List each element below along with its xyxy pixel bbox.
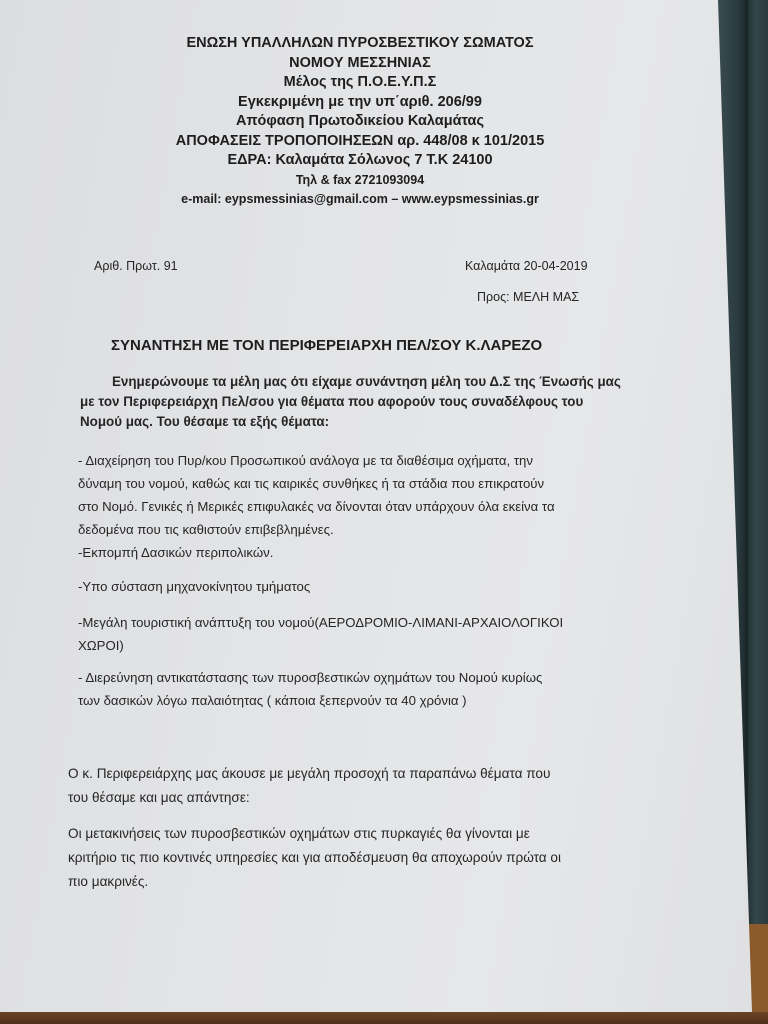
topic-line: δύναμη του νομού, καθώς και τις καιρικές… — [78, 472, 638, 495]
protocol-number: Αριθ. Πρωτ. 91 — [94, 259, 178, 273]
intro-line: με τον Περιφερειάρχη Πελ/σου για θέματα … — [80, 392, 640, 412]
letterhead-membership: Μέλος της Π.Ο.Ε.Υ.Π.Σ — [0, 73, 720, 93]
topic-line: στο Νομό. Γενικές ή Μερικές επιφυλακές ν… — [78, 495, 638, 518]
topic-item: - Διερεύνηση αντικατάστασης των πυροσβεσ… — [78, 666, 638, 712]
letterhead-contact: e-mail: eypsmessinias@gmail.com – www.ey… — [0, 190, 720, 210]
letterhead: ΕΝΩΣΗ ΥΠΑΛΛΗΛΩΝ ΠΥΡΟΣΒΕΣΤΙΚΟΥ ΣΩΜΑΤΟΣ ΝΟ… — [0, 34, 720, 210]
topic-line: - Διαχείρηση του Πυρ/κου Προσωπικού ανάλ… — [78, 449, 638, 472]
topic-line: των δασικών λόγω παλαιότητας ( κάποια ξε… — [78, 689, 638, 712]
response-line: πιο μακρινές. — [68, 870, 648, 894]
topic-line: -Υπο σύσταση μηχανοκίνητου τμήματος — [78, 575, 638, 598]
letterhead-court: Απόφαση Πρωτοδικείου Καλαμάτας — [0, 112, 720, 132]
response-line: του θέσαμε και μας απάντησε: — [68, 786, 648, 810]
intro-paragraph: Ενημερώνουμε τα μέλη μας ότι είχαμε συνά… — [80, 372, 640, 432]
topic-item: - Διαχείρηση του Πυρ/κου Προσωπικού ανάλ… — [78, 449, 638, 541]
subject-title: ΣΥΝΑΝΤΗΣΗ ΜΕ ΤΟΝ ΠΕΡΙΦΕΡΕΙΑΡΧΗ ΠΕΛ/ΣΟΥ Κ… — [111, 337, 542, 354]
response-paragraph: Ο κ. Περιφερειάρχης μας άκουσε με μεγάλη… — [68, 762, 648, 810]
response-line: Ο κ. Περιφερειάρχης μας άκουσε με μεγάλη… — [68, 762, 648, 786]
letterhead-amendments: ΑΠΟΦΑΣΕΙΣ ΤΡΟΠΟΠΟΙΗΣΕΩΝ αρ. 448/08 κ 101… — [0, 132, 720, 152]
letterhead-address: ΕΔΡΑ: Καλαμάτα Σόλωνος 7 Τ.Κ 24100 — [0, 151, 720, 171]
topic-item: -Εκπομπή Δασικών περιπολικών. — [78, 541, 638, 564]
topic-line: - Διερεύνηση αντικατάστασης των πυροσβεσ… — [78, 666, 638, 689]
response-line: κριτήριο τις πιο κοντινές υπηρεσίες και … — [68, 846, 648, 870]
topic-line: -Μεγάλη τουριστική ανάπτυξη του νομού(ΑΕ… — [78, 611, 638, 634]
letterhead-phone: Τηλ & fax 2721093094 — [0, 171, 720, 191]
letterhead-prefecture: ΝΟΜΟΥ ΜΕΣΣΗΝΙΑΣ — [0, 54, 720, 74]
intro-line: Ενημερώνουμε τα μέλη μας ότι είχαμε συνά… — [80, 372, 640, 392]
topic-line: -Εκπομπή Δασικών περιπολικών. — [78, 541, 638, 564]
topic-line: δεδομένα που τις καθιστούν επιβεβλημένες… — [78, 518, 638, 541]
place-date: Καλαμάτα 20-04-2019 — [465, 259, 588, 273]
letterhead-org-name: ΕΝΩΣΗ ΥΠΑΛΛΗΛΩΝ ΠΥΡΟΣΒΕΣΤΙΚΟΥ ΣΩΜΑΤΟΣ — [0, 34, 720, 54]
intro-line: Νομού μας. Του θέσαμε τα εξής θέματα: — [80, 412, 640, 432]
response-paragraph: Οι μετακινήσεις των πυροσβεστικών οχημάτ… — [68, 822, 648, 894]
document-page: ΕΝΩΣΗ ΥΠΑΛΛΗΛΩΝ ΠΥΡΟΣΒΕΣΤΙΚΟΥ ΣΩΜΑΤΟΣ ΝΟ… — [0, 0, 752, 1016]
recipient: Προς: ΜΕΛΗ ΜΑΣ — [477, 290, 579, 304]
letterhead-approval: Εγκεκριμένη με την υπ΄αριθ. 206/99 — [0, 93, 720, 113]
topic-line: ΧΩΡΟΙ) — [78, 634, 638, 657]
topic-item: -Υπο σύσταση μηχανοκίνητου τμήματος — [78, 575, 638, 598]
desk-surface — [0, 1012, 768, 1024]
topic-item: -Μεγάλη τουριστική ανάπτυξη του νομού(ΑΕ… — [78, 611, 638, 657]
response-line: Οι μετακινήσεις των πυροσβεστικών οχημάτ… — [68, 822, 648, 846]
